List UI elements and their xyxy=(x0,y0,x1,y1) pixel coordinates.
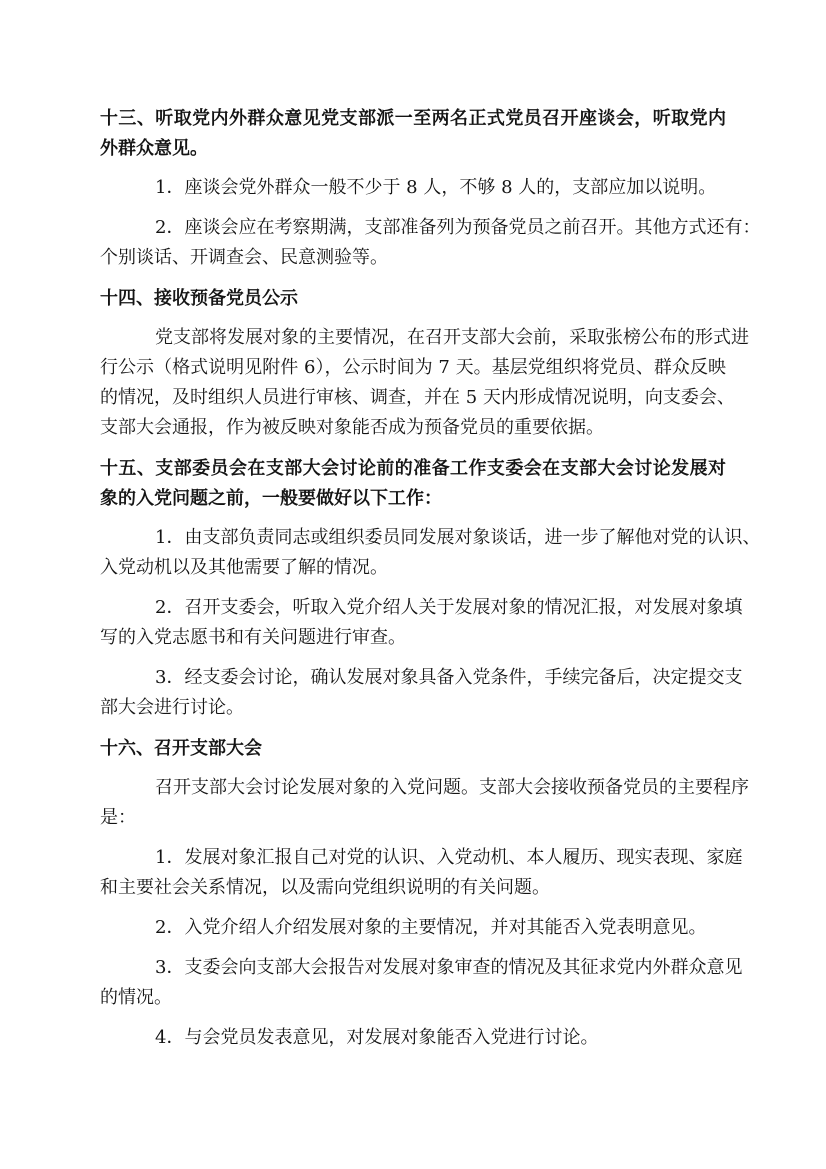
section-heading: 十五、支部委员会在支部大会讨论前的准备工作支委会在支部大会讨论发展对象的入党问题… xyxy=(100,453,726,513)
text-line: 支部大会通报，作为被反映对象能否成为预备党员的重要依据。 xyxy=(100,413,726,443)
paragraph: 4．与会党员发表意见，对发展对象能否入党进行讨论。 xyxy=(100,1023,726,1053)
text-line: 的情况，及时组织人员进行审核、调查，并在 5 天内形成情况说明，向支委会、 xyxy=(100,383,726,413)
section-heading: 十三、听取党内外群众意见党支部派一至两名正式党员召开座谈会，听取党内外群众意见。 xyxy=(100,103,726,163)
text-line: 2．座谈会应在考察期满，支部准备列为预备党员之前召开。其他方式还有： xyxy=(100,213,726,243)
text-line: 1．由支部负责同志或组织委员同发展对象谈话，进一步了解他对党的认识、 xyxy=(100,523,726,553)
paragraph: 3．支委会向支部大会报告对发展对象审查的情况及其征求党内外群众意见的情况。 xyxy=(100,953,726,1013)
section-heading: 十六、召开支部大会 xyxy=(100,733,726,763)
text-line: 1．座谈会党外群众一般不少于 8 人，不够 8 人的，支部应加以说明。 xyxy=(100,173,726,203)
paragraph: 1．由支部负责同志或组织委员同发展对象谈话，进一步了解他对党的认识、入党动机以及… xyxy=(100,523,726,583)
section-heading: 十四、接收预备党员公示 xyxy=(100,283,726,313)
text-line: 写的入党志愿书和有关问题进行审查。 xyxy=(100,623,726,653)
text-line: 十三、听取党内外群众意见党支部派一至两名正式党员召开座谈会，听取党内 xyxy=(100,103,726,133)
text-line: 1．发展对象汇报自己对党的认识、入党动机、本人履历、现实表现、家庭 xyxy=(100,843,726,873)
paragraph: 召开支部大会讨论发展对象的入党问题。支部大会接收预备党员的主要程序是： xyxy=(100,773,726,833)
paragraph: 1．座谈会党外群众一般不少于 8 人，不够 8 人的，支部应加以说明。 xyxy=(100,173,726,203)
text-line: 十四、接收预备党员公示 xyxy=(100,283,726,313)
paragraph: 2．召开支委会，听取入党介绍人关于发展对象的情况汇报，对发展对象填写的入党志愿书… xyxy=(100,593,726,653)
text-line: 个别谈话、开调查会、民意测验等。 xyxy=(100,243,726,273)
paragraph: 2．入党介绍人介绍发展对象的主要情况，并对其能否入党表明意见。 xyxy=(100,913,726,943)
paragraph: 3．经支委会讨论，确认发展对象具备入党条件，手续完备后，决定提交支部大会进行讨论… xyxy=(100,663,726,723)
text-line: 十五、支部委员会在支部大会讨论前的准备工作支委会在支部大会讨论发展对 xyxy=(100,453,726,483)
text-line: 外群众意见。 xyxy=(100,133,726,163)
text-line: 入党动机以及其他需要了解的情况。 xyxy=(100,553,726,583)
text-line: 是： xyxy=(100,803,726,833)
text-line: 4．与会党员发表意见，对发展对象能否入党进行讨论。 xyxy=(100,1023,726,1053)
text-line: 3．经支委会讨论，确认发展对象具备入党条件，手续完备后，决定提交支 xyxy=(100,663,726,693)
text-line: 的情况。 xyxy=(100,983,726,1013)
text-line: 党支部将发展对象的主要情况，在召开支部大会前，采取张榜公布的形式进 xyxy=(100,323,726,353)
text-line: 2．入党介绍人介绍发展对象的主要情况，并对其能否入党表明意见。 xyxy=(100,913,726,943)
paragraph: 1．发展对象汇报自己对党的认识、入党动机、本人履历、现实表现、家庭和主要社会关系… xyxy=(100,843,726,903)
paragraph: 党支部将发展对象的主要情况，在召开支部大会前，采取张榜公布的形式进行公示（格式说… xyxy=(100,323,726,443)
text-line: 召开支部大会讨论发展对象的入党问题。支部大会接收预备党员的主要程序 xyxy=(100,773,726,803)
document-page: 十三、听取党内外群众意见党支部派一至两名正式党员召开座谈会，听取党内外群众意见。… xyxy=(0,0,826,1169)
paragraph: 2．座谈会应在考察期满，支部准备列为预备党员之前召开。其他方式还有：个别谈话、开… xyxy=(100,213,726,273)
text-line: 和主要社会关系情况，以及需向党组织说明的有关问题。 xyxy=(100,873,726,903)
text-line: 象的入党问题之前，一般要做好以下工作： xyxy=(100,483,726,513)
text-line: 部大会进行讨论。 xyxy=(100,693,726,723)
text-line: 十六、召开支部大会 xyxy=(100,733,726,763)
text-line: 3．支委会向支部大会报告对发展对象审查的情况及其征求党内外群众意见 xyxy=(100,953,726,983)
text-line: 2．召开支委会，听取入党介绍人关于发展对象的情况汇报，对发展对象填 xyxy=(100,593,726,623)
text-line: 行公示（格式说明见附件 6），公示时间为 7 天。基层党组织将党员、群众反映 xyxy=(100,353,726,383)
